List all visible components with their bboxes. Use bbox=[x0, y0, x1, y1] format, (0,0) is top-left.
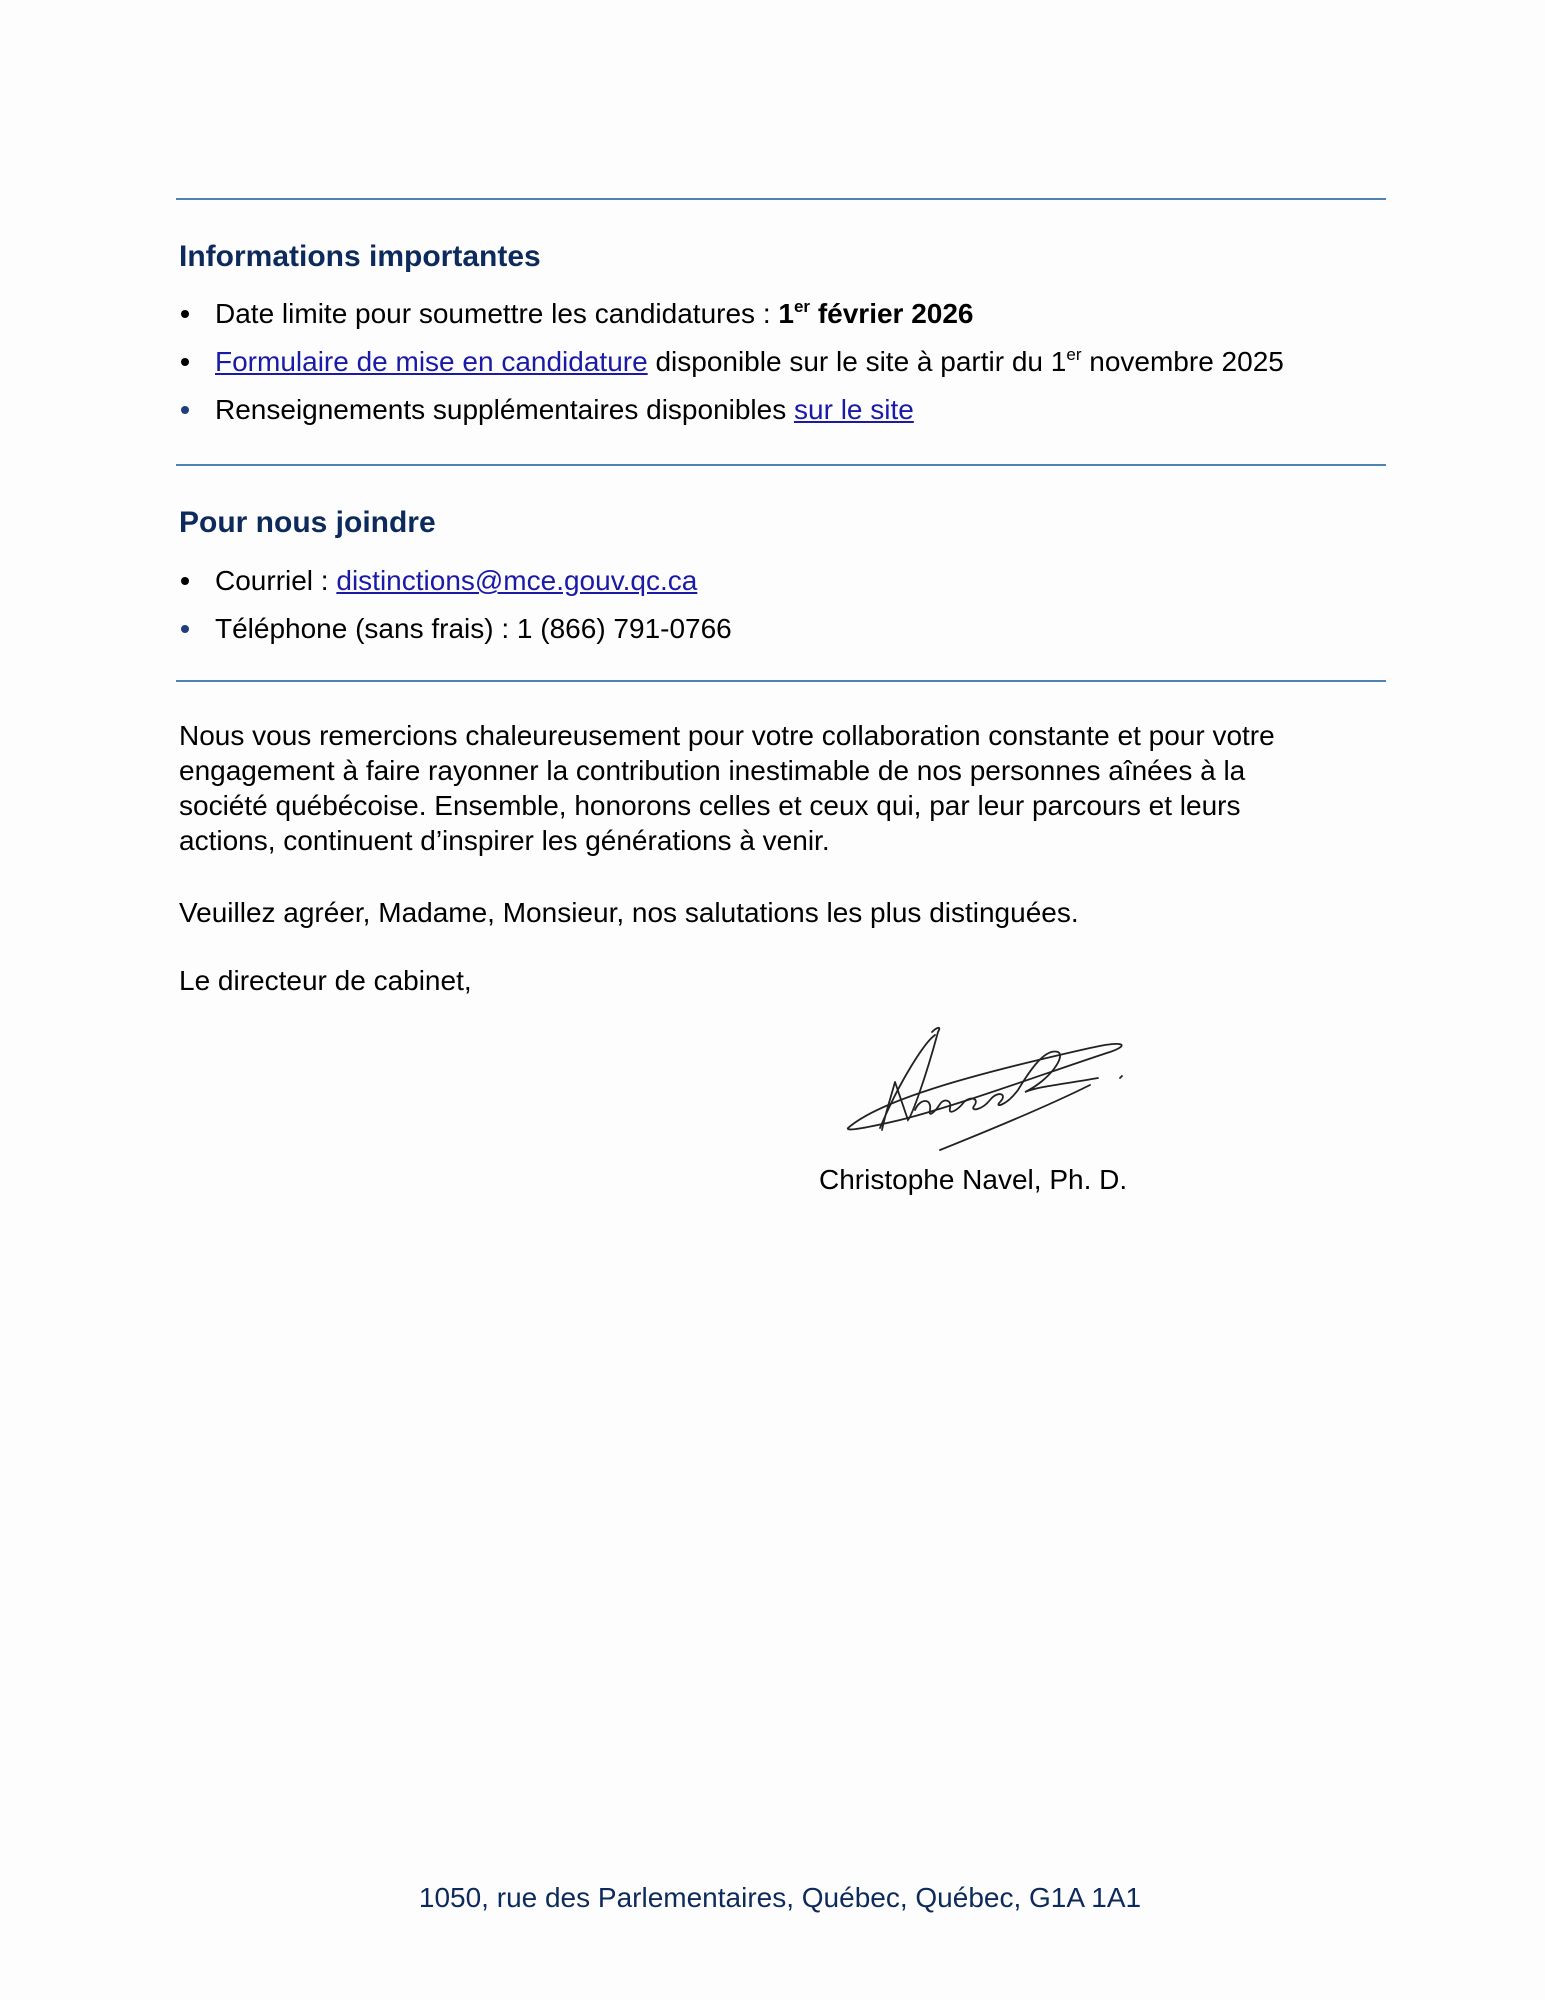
site-link[interactable]: sur le site bbox=[794, 394, 914, 425]
more-info-text: Renseignements supplémentaires disponibl… bbox=[215, 394, 794, 425]
informations-list: Date limite pour soumettre les candidatu… bbox=[179, 290, 1284, 434]
deadline-date: 1er février 2026 bbox=[778, 298, 973, 329]
list-item-deadline: Date limite pour soumettre les candidatu… bbox=[179, 290, 1284, 338]
signatory-name: Christophe Navel, Ph. D. bbox=[819, 1162, 1127, 1197]
signature-image bbox=[840, 1020, 1180, 1165]
section-title-informations: Informations importantes bbox=[179, 240, 541, 274]
phone-number: 1 (866) 791-0766 bbox=[517, 613, 732, 644]
divider-bottom bbox=[176, 680, 1386, 682]
list-item-more-info: Renseignements supplémentaires disponibl… bbox=[179, 386, 1284, 434]
bullet-icon bbox=[181, 625, 189, 633]
bullet-icon bbox=[181, 577, 189, 585]
footer-address: 1050, rue des Parlementaires, Québec, Qu… bbox=[0, 1880, 1545, 1915]
divider-middle bbox=[176, 464, 1386, 466]
divider-top bbox=[176, 198, 1386, 200]
paragraph-line: engagement à faire rayonner la contribut… bbox=[179, 753, 1379, 788]
list-item-form: Formulaire de mise en candidature dispon… bbox=[179, 338, 1284, 386]
form-availability-text: disponible sur le site à partir du 1er n… bbox=[648, 346, 1284, 377]
salutation: Veuillez agréer, Madame, Monsieur, nos s… bbox=[179, 895, 1379, 930]
paragraph-line: actions, continuent d’inspirer les génér… bbox=[179, 823, 1379, 858]
deadline-label: Date limite pour soumettre les candidatu… bbox=[215, 298, 778, 329]
list-item-phone: Téléphone (sans frais) : 1 (866) 791-076… bbox=[179, 605, 732, 653]
email-label: Courriel : bbox=[215, 565, 336, 596]
bullet-icon bbox=[181, 358, 189, 366]
paragraph-line: Nous vous remercions chaleureusement pou… bbox=[179, 718, 1379, 753]
paragraph-line: société québécoise. Ensemble, honorons c… bbox=[179, 788, 1379, 823]
form-link[interactable]: Formulaire de mise en candidature bbox=[215, 346, 648, 377]
contact-list: Courriel : distinctions@mce.gouv.qc.ca T… bbox=[179, 557, 732, 653]
section-title-contact: Pour nous joindre bbox=[179, 506, 436, 540]
bullet-icon bbox=[181, 310, 189, 318]
signatory-title: Le directeur de cabinet, bbox=[179, 963, 1379, 998]
email-link[interactable]: distinctions@mce.gouv.qc.ca bbox=[336, 565, 697, 596]
closing-paragraph: Nous vous remercions chaleureusement pou… bbox=[179, 718, 1379, 858]
phone-label: Téléphone (sans frais) : bbox=[215, 613, 517, 644]
list-item-email: Courriel : distinctions@mce.gouv.qc.ca bbox=[179, 557, 732, 605]
bullet-icon bbox=[181, 406, 189, 414]
